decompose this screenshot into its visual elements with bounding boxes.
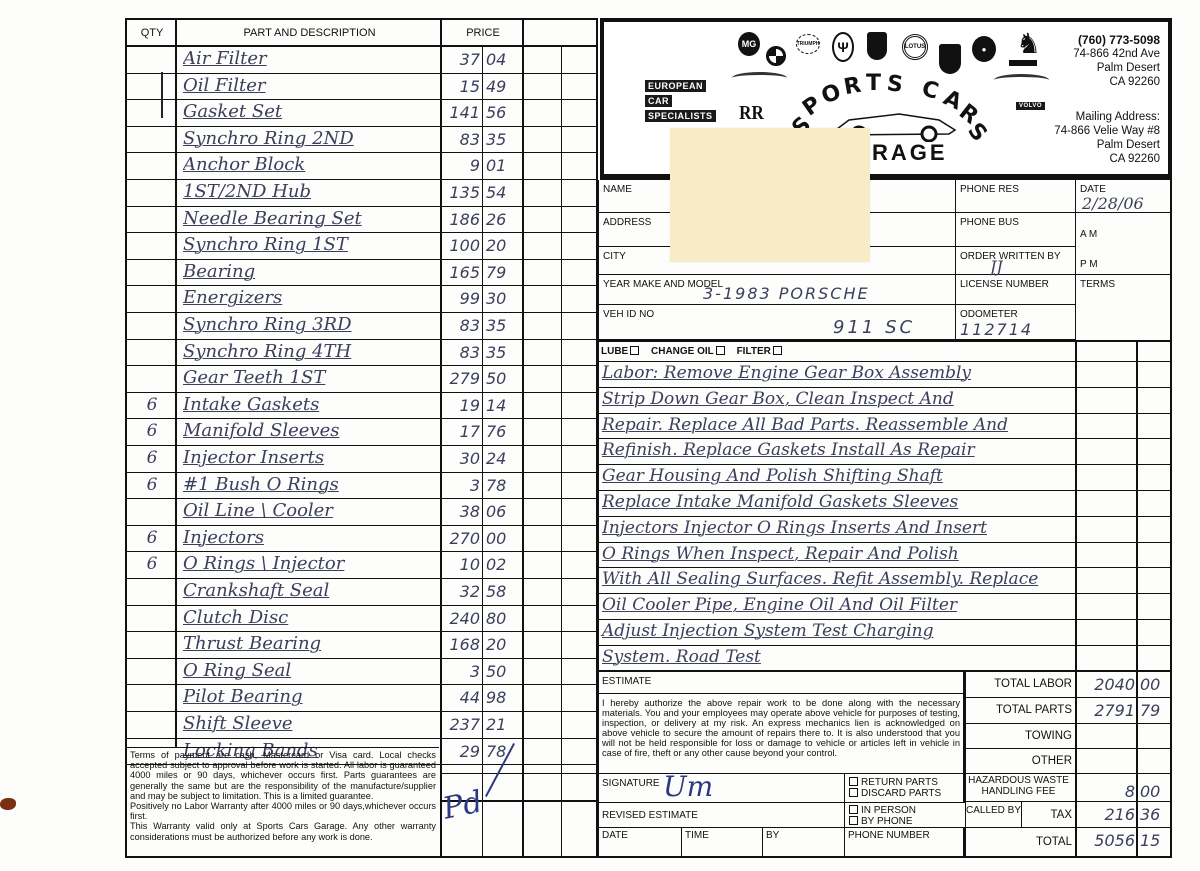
qty-cell[interactable]: 6 <box>127 475 177 495</box>
vehicle-id-field[interactable]: VEH ID NO 911 SC <box>599 305 956 340</box>
price-cents-cell[interactable]: 14 <box>484 396 524 415</box>
order-written-by-field[interactable]: ORDER WRITTEN BY JJ <box>956 247 1076 275</box>
table-row: Thrust Bearing16820 <box>127 632 596 659</box>
qty-cell[interactable]: 6 <box>127 395 177 415</box>
mg-logo: MG <box>738 32 760 56</box>
filter-option[interactable]: FILTER <box>737 346 785 357</box>
description-cell[interactable]: Synchro Ring 4TH <box>183 341 443 362</box>
signature-label: SIGNATURE <box>602 778 660 789</box>
price-cents-cell[interactable]: 50 <box>484 369 524 388</box>
description-cell[interactable]: Clutch Disc <box>183 607 443 628</box>
estimate-label: ESTIMATE <box>599 672 965 694</box>
change-oil-option[interactable]: CHANGE OIL <box>651 346 728 357</box>
qty-cell[interactable]: 6 <box>127 554 177 574</box>
volvo-logo: VOLVO <box>1016 102 1045 110</box>
description-cell[interactable]: #1 Bush O Rings <box>183 474 443 495</box>
by-cell[interactable]: BY <box>763 828 845 858</box>
by-phone-label: BY PHONE <box>861 816 913 827</box>
price-cents-cell[interactable]: 01 <box>484 156 524 175</box>
labor-line: Refinish. Replace Gaskets Install As Rep… <box>599 439 1077 465</box>
labor-line-text[interactable]: Gear Housing And Polish Shifting Shaft <box>602 466 1132 486</box>
price-cents-cell[interactable]: 06 <box>484 502 524 521</box>
phone-res-label: PHONE RES <box>960 184 1019 195</box>
bmw-logo <box>766 46 786 66</box>
pm-label: P M <box>1080 259 1164 270</box>
price-cents-cell[interactable]: 21 <box>484 715 524 734</box>
labor-line-text[interactable]: Refinish. Replace Gaskets Install As Rep… <box>602 440 1132 460</box>
labor-line-text[interactable]: Replace Intake Manifold Gaskets Sleeves <box>602 492 1132 512</box>
odometer-label: ODOMETER <box>960 309 1018 320</box>
price-dollars-cell[interactable]: 135 <box>442 183 482 202</box>
order-written-by-value: JJ <box>990 257 1003 276</box>
mailing-street: 74-866 Velie Way #8 <box>1054 124 1160 138</box>
description-cell[interactable]: Manifold Sleeves <box>183 420 443 441</box>
shop-address-street: 74-866 42nd Ave <box>1073 47 1160 61</box>
table-row: Gear Teeth 1ST27950 <box>127 366 596 393</box>
odometer-field[interactable]: ODOMETER 112714 <box>956 305 1076 340</box>
price-dollars-cell[interactable]: 270 <box>442 529 482 548</box>
table-row: Bearing16579 <box>127 260 596 287</box>
price-cents-cell[interactable]: 35 <box>484 316 524 335</box>
description-cell[interactable]: Pilot Bearing <box>183 686 443 707</box>
qty-header: QTY <box>127 20 177 47</box>
labor-line-text[interactable]: System. Road Test <box>602 647 1132 667</box>
mailing-label: Mailing Address: <box>1054 110 1160 124</box>
description-cell[interactable]: Bearing <box>183 261 443 282</box>
price-cents-cell[interactable]: 20 <box>484 236 524 255</box>
parts-table: QTY PART AND DESCRIPTION PRICE Air Filte… <box>125 18 598 858</box>
tag-european: EUROPEAN <box>645 80 706 92</box>
description-cell[interactable]: O Ring Seal <box>183 660 443 681</box>
phone-res-field[interactable]: PHONE RES <box>956 180 1076 213</box>
price-cents-cell[interactable]: 35 <box>484 343 524 362</box>
description-cell[interactable]: Gasket Set <box>183 101 443 122</box>
total-cents[interactable]: 79 <box>1138 701 1172 720</box>
labor-line: Replace Intake Manifold Gaskets Sleeves <box>599 491 1077 517</box>
date-cell[interactable]: DATE <box>599 828 682 858</box>
total-row-other: OTHER <box>965 749 1172 774</box>
price-dollars-cell[interactable]: 165 <box>442 263 482 282</box>
price-cents-cell[interactable]: 98 <box>484 688 524 707</box>
shop-address-zip: CA 92260 <box>1073 75 1160 89</box>
time-field[interactable]: A M P M <box>1076 213 1170 275</box>
price-dollars-cell[interactable]: 279 <box>442 369 482 388</box>
am-label: A M <box>1080 229 1164 240</box>
description-cell[interactable]: Intake Gaskets <box>183 394 443 415</box>
estimate-phone-number-label: PHONE NUMBER <box>848 830 930 841</box>
price-cents-cell[interactable]: 49 <box>484 77 524 96</box>
labor-line: O Rings When Inspect, Repair And Polish <box>599 543 1077 569</box>
table-row: 6O Rings \ Injector1002 <box>127 552 596 579</box>
price-dollars-cell[interactable]: 168 <box>442 635 482 654</box>
table-row: Synchro Ring 3RD8335 <box>127 313 596 340</box>
table-row: Gasket Set14156 <box>127 100 596 127</box>
estimate-time-label: TIME <box>685 830 709 841</box>
return-parts-label: RETURN PARTS <box>861 777 938 788</box>
total-label: TOTAL LABOR <box>965 678 1076 690</box>
price-dollars-cell[interactable]: 17 <box>442 422 482 441</box>
discard-parts-checkbox[interactable] <box>849 788 858 797</box>
change-oil-checkbox[interactable] <box>716 346 725 355</box>
date-value: 2/28/06 <box>1082 194 1144 213</box>
discard-parts-option[interactable]: DISCARD PARTS <box>847 788 963 799</box>
license-number-label: LICENSE NUMBER <box>960 279 1049 290</box>
price-dollars-cell[interactable]: 100 <box>442 236 482 255</box>
labor-line: Repair. Replace All Bad Parts. Reassembl… <box>599 414 1077 440</box>
total-row-total-labor: TOTAL LABOR204000 <box>965 672 1172 698</box>
description-cell[interactable]: Anchor Block <box>183 154 443 175</box>
table-row: Needle Bearing Set18626 <box>127 207 596 234</box>
price-dollars-cell[interactable]: 141 <box>442 103 482 122</box>
price-cents-cell[interactable]: 78 <box>484 476 524 495</box>
estimate-section: ESTIMATE I hereby authorize the above re… <box>597 670 1172 858</box>
labor-line: Strip Down Gear Box, Clean Inspect And <box>599 388 1077 414</box>
total-row-towing: TOWING <box>965 724 1172 749</box>
description-cell[interactable]: Shift Sleeve <box>183 713 443 734</box>
table-row: O Ring Seal350 <box>127 659 596 686</box>
description-cell[interactable]: Crankshaft Seal <box>183 580 443 601</box>
blank-header <box>524 20 596 47</box>
lube-checkbox[interactable] <box>630 346 639 355</box>
terms-paragraph: Terms of payment are cash, Mastercard or… <box>130 750 436 801</box>
table-row: Shift Sleeve23721 <box>127 712 596 739</box>
labor-line-text[interactable]: Repair. Replace All Bad Parts. Reassembl… <box>602 415 1132 435</box>
total-cents[interactable]: 15 <box>1138 831 1172 850</box>
labor-line: Labor: Remove Engine Gear Box Assembly <box>599 362 1077 388</box>
total-row-total-parts: TOTAL PARTS279179 <box>965 698 1172 724</box>
ferrari-wordmark <box>1009 60 1037 66</box>
labor-line-text[interactable]: O Rings When Inspect, Repair And Polish <box>602 544 1132 564</box>
order-written-by-label: ORDER WRITTEN BY <box>960 251 1061 262</box>
signature-field[interactable]: SIGNATURE Um <box>599 774 845 803</box>
table-row: Crankshaft Seal3258 <box>127 579 596 606</box>
description-cell[interactable]: 1ST/2ND Hub <box>183 181 443 202</box>
price-dollars-cell[interactable]: 10 <box>442 555 482 574</box>
total-label: TAX <box>1023 809 1076 821</box>
maserati-logo: Ψ <box>832 32 854 62</box>
price-dollars-cell[interactable]: 3 <box>442 476 482 495</box>
total-dollars[interactable]: 2040 <box>1077 675 1137 694</box>
qty-cell[interactable]: 6 <box>127 448 177 468</box>
labor-line: System. Road Test <box>599 646 1077 672</box>
total-cents[interactable]: 00 <box>1138 782 1172 801</box>
description-cell[interactable]: Oil Line \ Cooler <box>183 500 443 521</box>
lube-option[interactable]: LUBE <box>601 346 642 357</box>
price-dollars-cell[interactable]: 29 <box>442 742 482 761</box>
table-row: Clutch Disc24080 <box>127 606 596 633</box>
mailing-zip: CA 92260 <box>1054 152 1160 166</box>
table-row: Energizers9930 <box>127 286 596 313</box>
price-dollars-cell[interactable]: 83 <box>442 316 482 335</box>
price-header: PRICE <box>442 20 524 47</box>
qty-cell[interactable]: 6 <box>127 528 177 548</box>
price-dollars-cell[interactable]: 83 <box>442 343 482 362</box>
ferrari-logo: ♞ <box>1016 30 1041 58</box>
description-cell[interactable]: Air Filter <box>183 48 443 69</box>
date-field[interactable]: DATE 2/28/06 <box>1076 180 1170 213</box>
phone-bus-label: PHONE BUS <box>960 217 1019 228</box>
description-cell[interactable]: Synchro Ring 1ST <box>183 234 443 255</box>
table-row: Synchro Ring 4TH8335 <box>127 340 596 367</box>
table-row: Anchor Block901 <box>127 153 596 180</box>
shop-name-bottom: RAGE <box>872 140 948 166</box>
description-cell[interactable]: Thrust Bearing <box>183 633 443 654</box>
table-row: 6Injector Inserts3024 <box>127 446 596 473</box>
labor-line: Gear Housing And Polish Shifting Shaft <box>599 465 1077 491</box>
sticky-note <box>670 128 870 262</box>
price-cents-cell[interactable]: 80 <box>484 609 524 628</box>
description-cell[interactable]: Injectors <box>183 527 443 548</box>
table-row: Synchro Ring 1ST10020 <box>127 233 596 260</box>
price-cents-cell[interactable]: 00 <box>484 529 524 548</box>
labor-line-text[interactable]: Adjust Injection System Test Charging <box>602 621 1132 641</box>
return-parts-option[interactable]: RETURN PARTS <box>847 777 963 788</box>
license-number-field[interactable]: LICENSE NUMBER <box>956 275 1076 305</box>
vehicle-id-label: VEH ID NO <box>603 309 654 320</box>
total-label: TOTAL <box>965 836 1076 848</box>
price-dollars-cell[interactable]: 44 <box>442 688 482 707</box>
labor-line-text[interactable]: Oil Cooler Pipe, Engine Oil And Oil Filt… <box>602 595 1132 615</box>
description-cell[interactable]: Needle Bearing Set <box>183 208 443 229</box>
tag-car: CAR <box>645 95 672 107</box>
aston-martin-logo <box>732 72 787 84</box>
bentley-logo <box>994 74 1049 86</box>
labor-line: With All Sealing Surfaces. Refit Assembl… <box>599 568 1077 594</box>
price-dollars-cell[interactable]: 9 <box>442 156 482 175</box>
price-dollars-cell[interactable]: 38 <box>442 502 482 521</box>
discard-parts-label: DISCARD PARTS <box>861 788 941 799</box>
payment-terms: Terms of payment are cash, Mastercard or… <box>127 747 439 856</box>
price-cents-cell[interactable]: 20 <box>484 635 524 654</box>
qty-bracket-mark <box>161 72 163 118</box>
phone-number-cell[interactable]: PHONE NUMBER <box>845 828 965 858</box>
labor-line: Injectors Injector O Rings Inserts And I… <box>599 517 1077 543</box>
price-cents-cell[interactable]: 35 <box>484 130 524 149</box>
labor-line: Adjust Injection System Test Charging <box>599 620 1077 646</box>
labor-line-text[interactable]: With All Sealing Surfaces. Refit Assembl… <box>602 569 1132 589</box>
price-dollars-cell[interactable]: 83 <box>442 130 482 149</box>
shop-address-city: Palm Desert <box>1073 61 1160 75</box>
lamborghini-logo <box>939 44 961 74</box>
lube-label: LUBE <box>601 346 628 357</box>
in-person-checkbox[interactable] <box>849 805 858 814</box>
stain-mark <box>0 798 16 810</box>
triumph-logo: TRIUMPH <box>796 34 820 54</box>
in-person-label: IN PERSON <box>861 805 916 816</box>
paid-mark: Pd <box>440 784 486 826</box>
description-cell[interactable]: Synchro Ring 3RD <box>183 314 443 335</box>
price-cents-cell[interactable]: 79 <box>484 263 524 282</box>
description-cell[interactable]: Oil Filter <box>183 75 443 96</box>
vehicle-id-value: 911 SC <box>833 317 915 338</box>
porsche-logo <box>867 32 887 60</box>
table-row: 1ST/2ND Hub13554 <box>127 180 596 207</box>
price-dollars-cell[interactable]: 237 <box>442 715 482 734</box>
description-cell[interactable]: Energizers <box>183 287 443 308</box>
name-label: NAME <box>603 184 632 195</box>
total-cents[interactable]: 00 <box>1138 675 1172 694</box>
terms-label: TERMS <box>1080 279 1115 290</box>
in-person-option[interactable]: IN PERSON <box>847 805 965 816</box>
city-label: CITY <box>603 251 626 262</box>
price-cents-cell[interactable]: 02 <box>484 555 524 574</box>
warranty-paragraph: Positively no Labor Warranty after 4000 … <box>130 801 436 821</box>
labor-line-text[interactable]: Labor: Remove Engine Gear Box Assembly <box>602 363 1132 383</box>
table-row: 6Injectors27000 <box>127 526 596 553</box>
total-row-hazardous-waste-handling-fee: HAZARDOUS WASTE HANDLING FEE800 <box>965 774 1172 802</box>
description-cell[interactable]: Gear Teeth 1ST <box>183 367 443 388</box>
table-row: Pilot Bearing4498 <box>127 685 596 712</box>
description-cell[interactable]: Synchro Ring 2ND <box>183 128 443 149</box>
price-cents-cell[interactable]: 58 <box>484 582 524 601</box>
table-row: 6Intake Gaskets1914 <box>127 393 596 420</box>
part-description-header: PART AND DESCRIPTION <box>177 20 442 47</box>
table-row: Oil Filter1549 <box>127 74 596 101</box>
estimate-by-label: BY <box>766 830 779 841</box>
total-dollars[interactable]: 8 <box>1077 782 1137 801</box>
price-dollars-cell[interactable]: 186 <box>442 210 482 229</box>
rolls-royce-logo: RR <box>739 102 764 125</box>
year-make-model-value: 3-1983 PORSCHE <box>703 284 870 303</box>
total-label: OTHER <box>965 755 1076 767</box>
phone-bus-field[interactable]: PHONE BUS <box>956 213 1076 247</box>
price-dollars-cell[interactable]: 19 <box>442 396 482 415</box>
by-phone-option[interactable]: BY PHONE <box>847 816 965 827</box>
table-row: 6Manifold Sleeves1776 <box>127 419 596 446</box>
price-dollars-cell[interactable]: 15 <box>442 77 482 96</box>
year-make-model-field[interactable]: YEAR MAKE AND MODEL 3-1983 PORSCHE <box>599 275 956 305</box>
total-dollars[interactable]: 2791 <box>1077 701 1137 720</box>
mailing-city: Palm Desert <box>1054 138 1160 152</box>
filter-label: FILTER <box>737 346 771 357</box>
qty-cell[interactable]: 6 <box>127 421 177 441</box>
price-dollars-cell[interactable]: 37 <box>442 50 482 69</box>
description-cell[interactable]: Injector Inserts <box>183 447 443 468</box>
called-by-cell <box>965 802 1022 828</box>
table-row: 6#1 Bush O Rings378 <box>127 473 596 500</box>
odometer-value: 112714 <box>960 320 1033 339</box>
signature-value: Um <box>663 770 713 803</box>
shop-phone: (760) 773-5098 <box>1073 33 1160 47</box>
tag-specialists: SPECIALISTS <box>645 110 716 122</box>
total-label: TOWING <box>965 730 1076 742</box>
price-cents-cell[interactable]: 24 <box>484 449 524 468</box>
total-row-total: TOTAL505615 <box>965 828 1172 858</box>
total-dollars[interactable]: 216 <box>1077 805 1137 824</box>
labor-line: Oil Cooler Pipe, Engine Oil And Oil Filt… <box>599 594 1077 620</box>
total-label: HAZARDOUS WASTE HANDLING FEE <box>965 775 1076 797</box>
price-cents-cell[interactable]: 54 <box>484 183 524 202</box>
price-dollars-cell[interactable]: 99 <box>442 289 482 308</box>
description-cell[interactable]: O Rings \ Injector <box>183 553 443 574</box>
labor-line-text[interactable]: Strip Down Gear Box, Clean Inspect And <box>602 389 1132 409</box>
authorization-text: I hereby authorize the above repair work… <box>599 694 965 774</box>
price-cents-cell[interactable]: 30 <box>484 289 524 308</box>
price-dollars-cell[interactable]: 240 <box>442 609 482 628</box>
filter-checkbox[interactable] <box>773 346 782 355</box>
total-dollars[interactable]: 5056 <box>1077 831 1137 850</box>
by-phone-checkbox[interactable] <box>849 816 858 825</box>
table-row: Air Filter3704 <box>127 47 596 74</box>
revised-estimate-label: REVISED ESTIMATE <box>602 810 698 821</box>
total-cents[interactable]: 36 <box>1138 805 1172 824</box>
time-cell[interactable]: TIME <box>682 828 763 858</box>
total-label: TOTAL PARTS <box>965 704 1076 716</box>
labor-section: LUBE CHANGE OIL FILTER Labor: Remove Eng… <box>597 340 1172 672</box>
price-cents-cell[interactable]: 26 <box>484 210 524 229</box>
warranty-validity-paragraph: This Warranty valid only at Sports Cars … <box>130 821 436 841</box>
terms-field[interactable]: TERMS <box>1076 275 1170 340</box>
price-dollars-cell[interactable]: 30 <box>442 449 482 468</box>
return-parts-checkbox[interactable] <box>849 777 858 786</box>
estimate-date-label: DATE <box>602 830 628 841</box>
lotus-logo: LOTUS <box>902 34 928 60</box>
price-cents-cell[interactable]: 76 <box>484 422 524 441</box>
price-cents-cell[interactable]: 04 <box>484 50 524 69</box>
change-oil-label: CHANGE OIL <box>651 346 714 357</box>
labor-line-text[interactable]: Injectors Injector O Rings Inserts And I… <box>602 518 1132 538</box>
revised-estimate-field[interactable]: REVISED ESTIMATE <box>599 803 845 828</box>
price-dollars-cell[interactable]: 32 <box>442 582 482 601</box>
price-cents-cell[interactable]: 50 <box>484 662 524 681</box>
table-row: Synchro Ring 2ND8335 <box>127 127 596 154</box>
jaguar-logo: ● <box>972 36 996 62</box>
table-row: Oil Line \ Cooler3806 <box>127 499 596 526</box>
address-label: ADDRESS <box>603 217 651 228</box>
price-cents-cell[interactable]: 56 <box>484 103 524 122</box>
price-dollars-cell[interactable]: 3 <box>442 662 482 681</box>
